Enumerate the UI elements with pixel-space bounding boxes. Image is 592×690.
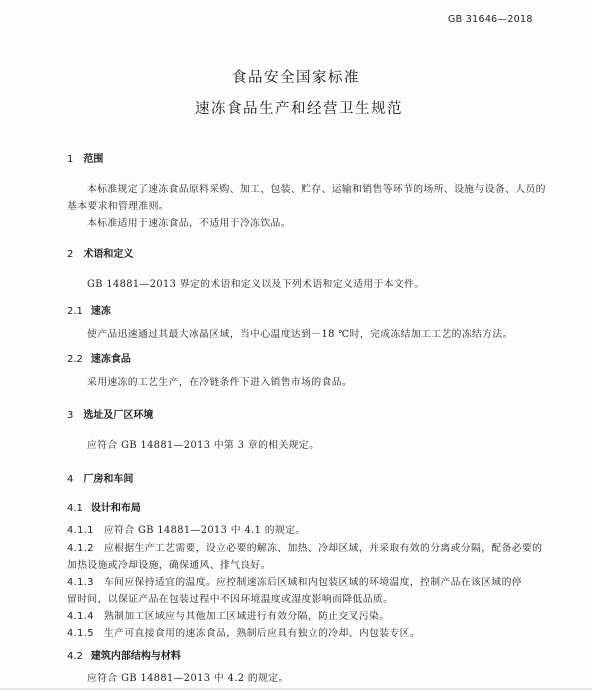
section-title: 范围 [83, 154, 103, 165]
section-4-heading: 4厂房和车间 [67, 470, 133, 485]
clause-text: 生产可直接食用的速冻食品，熟制后应具有独立的冷却、内包装专区。 [104, 628, 420, 639]
section-title: 速冻 [91, 306, 111, 317]
section-number: 2.1 [67, 306, 83, 317]
section-title: 术语和定义 [83, 249, 133, 260]
section-number: 4 [67, 474, 73, 485]
section-title: 厂房和车间 [83, 474, 133, 485]
section-title: 设计和布局 [91, 503, 141, 514]
clause-text: 熟制加工区域应与其他加工区域进行有效分隔，防止交叉污染。 [104, 611, 390, 622]
clause-text: 应根据生产工艺需要，设立必要的解冻、加热、冷却区域，并采取有效的分离或分隔，配备… [104, 543, 542, 554]
clause-4-1-3-line2: 留时间，以保证产品在包装过程中不因环境温度或湿度影响而降低品质。 [67, 591, 393, 605]
clause-number: 4.1.3 [67, 577, 94, 588]
section-4-1-heading: 4.1设计和布局 [67, 499, 141, 514]
section-2-heading: 2术语和定义 [67, 245, 133, 260]
section-number: 4.2 [67, 651, 83, 662]
clause-number: 4.1.1 [67, 525, 94, 536]
clause-4-1-5: 4.1.5生产可直接食用的速冻食品，熟制后应具有独立的冷却、内包装专区。 [67, 625, 420, 639]
section-number: 4.1 [67, 503, 83, 514]
clause-number: 4.1.2 [67, 543, 94, 554]
document-page: GB 31646—2018 食品安全国家标准 速冻食品生产和经营卫生规范 1范围… [0, 0, 592, 688]
clause-number: 4.1.4 [67, 611, 94, 622]
section-2-para: GB 14881—2013 界定的术语和定义以及下列术语和定义适用于本文件。 [87, 276, 424, 290]
section-3-para: 应符合 GB 14881—2013 中第 3 章的相关规定。 [87, 437, 319, 451]
section-1-heading: 1范围 [67, 150, 103, 165]
section-3-heading: 3选址及厂区环境 [67, 406, 153, 421]
section-1-para2: 本标准适用于速冻食品，不适用于冷冻饮品。 [87, 215, 291, 229]
section-4-2-heading: 4.2建筑内部结构与材料 [67, 647, 181, 662]
section-title: 建筑内部结构与材料 [91, 651, 181, 662]
section-number: 3 [67, 410, 73, 421]
section-1-para1-line1: 本标准规定了速冻食品原料采购、加工、包装、贮存、运输和销售等环节的场所、设施与设… [87, 181, 546, 195]
section-number: 1 [67, 154, 73, 165]
clause-4-1-2-line2: 加热设施或冷却设施，确保通风、排气良好。 [67, 557, 271, 571]
section-title: 选址及厂区环境 [83, 410, 153, 421]
section-2-2-para: 采用速冻的工艺生产，在冷链条件下进入销售市场的食品。 [87, 374, 352, 388]
section-number: 2.2 [67, 354, 83, 365]
clause-4-1-2: 4.1.2应根据生产工艺需要，设立必要的解冻、加热、冷却区域，并采取有效的分离或… [67, 540, 542, 554]
clause-text: 应符合 GB 14881—2013 中 4.1 的规定。 [104, 525, 306, 536]
section-2-1-heading: 2.1速冻 [67, 302, 111, 317]
document-title-line1: 食品安全国家标准 [0, 66, 592, 87]
section-4-2-para: 应符合 GB 14881—2013 中 4.2 的规定。 [87, 670, 289, 684]
clause-4-1-1: 4.1.1应符合 GB 14881—2013 中 4.1 的规定。 [67, 522, 306, 536]
section-title: 速冻食品 [91, 354, 131, 365]
clause-4-1-3: 4.1.3车间应保持适宜的温度。应控制速冻后区域和内包装区域的环境温度，控制产品… [67, 574, 522, 588]
document-title-line2: 速冻食品生产和经营卫生规范 [3, 97, 592, 118]
section-number: 2 [67, 249, 73, 260]
section-2-2-heading: 2.2速冻食品 [67, 350, 131, 365]
clause-4-1-4: 4.1.4熟制加工区域应与其他加工区域进行有效分隔，防止交叉污染。 [67, 608, 389, 622]
clause-text: 车间应保持适宜的温度。应控制速冻后区域和内包装区域的环境温度，控制产品在该区域的… [104, 577, 522, 588]
standard-code: GB 31646—2018 [448, 14, 533, 25]
clause-number: 4.1.5 [67, 628, 94, 639]
section-2-1-para: 使产品迅速通过其最大冰晶区域，当中心温度达到－18 ℃时，完成冻结加工工艺的冻结… [87, 326, 513, 340]
section-1-para1-line2: 基本要求和管理准则。 [67, 198, 169, 212]
